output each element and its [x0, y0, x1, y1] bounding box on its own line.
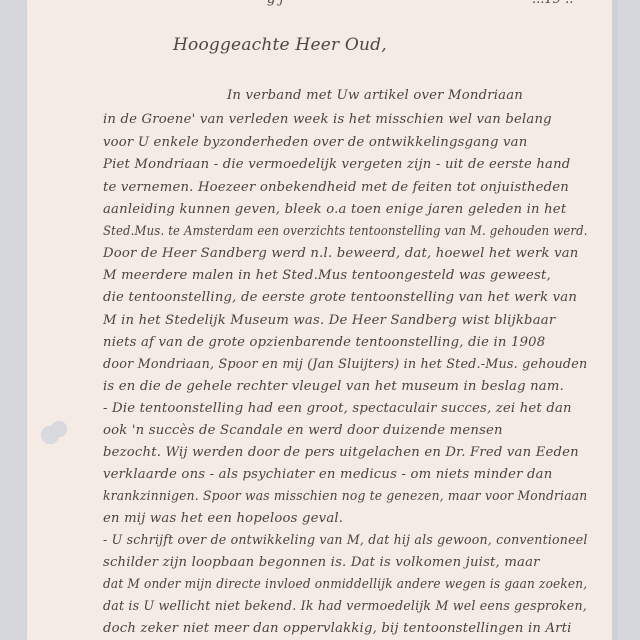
letter-line: bezocht. Wij werden door de pers uitgela…: [103, 445, 579, 460]
letter-line: verklaarde ons - als psychiater en medic…: [103, 467, 552, 482]
letter-line: dat M onder mijn directe invloed onmidde…: [103, 577, 587, 592]
letter-line: schilder zijn loopbaan begonnen is. Dat …: [103, 555, 540, 570]
letter-line: aanleiding kunnen geven, bleek o.a toen …: [103, 202, 566, 217]
document-viewer: g j ...19 .. Hooggeachte Heer Oud, In ve…: [0, 0, 640, 640]
letter-line: Sted.Mus. te Amsterdam een overzichts te…: [103, 224, 588, 239]
letter-line: - U schrijft over de ontwikkeling van M,…: [103, 533, 588, 548]
header-fragment-right: ...19 ..: [532, 0, 573, 7]
letter-line: krankzinnigen. Spoor was misschien nog t…: [103, 489, 587, 504]
letter-line: niets af van de grote opzienbarende tent…: [103, 335, 545, 350]
letter-line: Door de Heer Sandberg werd n.l. beweerd,…: [103, 246, 579, 261]
letter-line: dat is U wellicht niet bekend. Ik had ve…: [103, 599, 587, 614]
letter-line: doch zeker niet meer dan oppervlakkig, b…: [103, 621, 572, 636]
letter-line: M in het Stedelijk Museum was. De Heer S…: [103, 313, 555, 328]
letter-line: ook 'n succès de Scandale en werd door d…: [103, 423, 503, 438]
letter-line: voor U enkele byzonderheden over de ontw…: [103, 135, 527, 150]
letter-line: Piet Mondriaan - die vermoedelijk verget…: [103, 157, 570, 172]
salutation: Hooggeachte Heer Oud,: [173, 35, 387, 55]
punch-hole: [51, 421, 67, 437]
letter-line: M meerdere malen in het Sted.Mus tentoon…: [103, 268, 551, 283]
letter-page: g j ...19 .. Hooggeachte Heer Oud, In ve…: [27, 0, 613, 640]
letter-line: In verband met Uw artikel over Mondriaan: [227, 88, 523, 103]
letter-line: en mij was het een hopeloos geval.: [103, 511, 343, 526]
page-edge-shadow: [612, 0, 618, 640]
header-fragment-left: g j: [267, 0, 284, 7]
letter-line: - Die tentoonstelling had een groot, spe…: [103, 401, 572, 416]
letter-line: in de Groene' van verleden week is het m…: [103, 112, 552, 127]
letter-line: is en die de gehele rechter vleugel van …: [103, 379, 564, 394]
letter-line: te vernemen. Hoezeer onbekendheid met de…: [103, 180, 569, 195]
letter-line: die tentoonstelling, de eerste grote ten…: [103, 290, 577, 305]
letter-line: door Mondriaan, Spoor en mij (Jan Sluijt…: [103, 357, 587, 372]
